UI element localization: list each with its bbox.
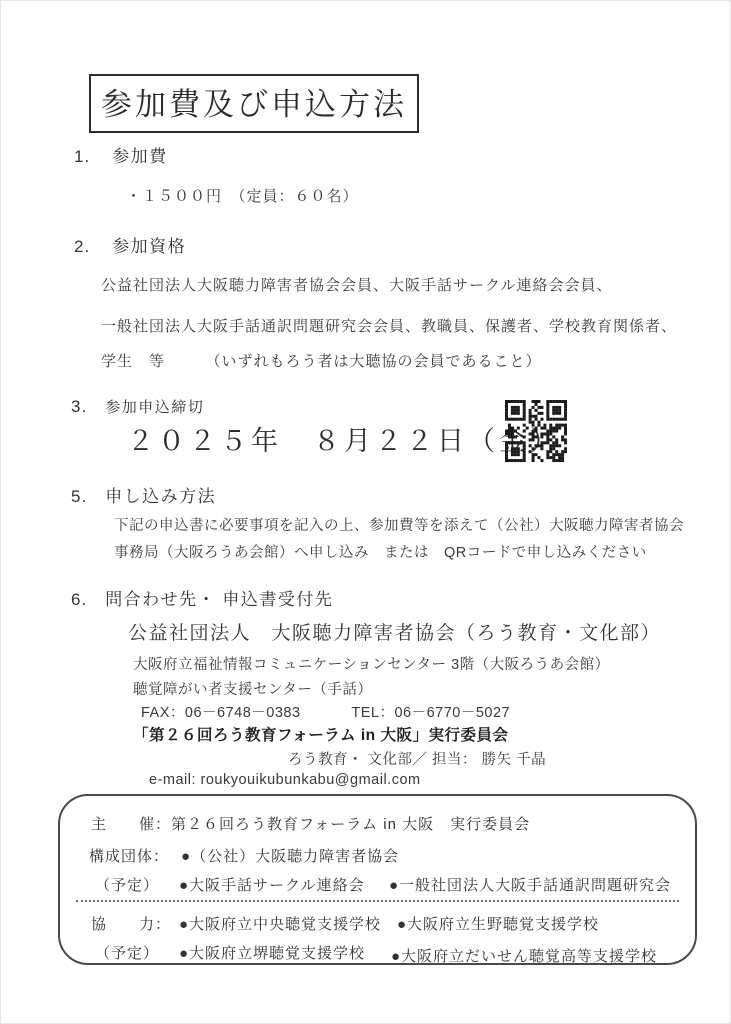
section-2-number: 2. [74,237,90,257]
fax-number: FAX：06－6748－0383 [141,705,301,721]
page-title-text: 参加費及び申込方法 [101,87,407,122]
section-6-number: 6. [71,590,87,610]
section-5-number: 5. [71,487,87,507]
contact-fax-tel: FAX：06－6748－0383 TEL：06－6770－5027 [141,701,510,722]
contact-organization: 公益社団法人 大阪聴力障害者協会（ろう教育・文化部） [128,618,661,645]
deadline-date: ２０２５年 ８月２２日（金） [127,419,561,458]
section-1-number: 1. [74,147,90,167]
eligibility-line-3: 学生 等 （いずれもろう者は大聴協の会員であること） [101,350,542,371]
cooperation-planned-item-1: ●大阪府立堺聴覚支援学校 [179,942,365,963]
member-orgs-planned-item-1: ●大阪手話サークル連絡会 [179,874,365,895]
sponsor-text: 第２６回ろう教育フォーラム in 大阪 実行委員会 [171,816,530,833]
section-6-title: 問合わせ先・ 申込書受付先 [105,585,333,610]
sponsor-label: 主 催： [91,816,171,833]
member-orgs-row: 構成団体：●（公社）大阪聴力障害者協会 [89,845,399,866]
dotted-divider [76,900,679,902]
section-3-heading: 3. 参加申込締切 [71,396,204,417]
member-orgs-planned-label: （予定） [95,874,159,895]
email-text: e-mail: roukyouikubunkabu@gmail.com [149,772,421,788]
section-5-heading: 5. 申し込み方法 [71,482,216,507]
flyer-page: 参加費及び申込方法 1. 参加費 ・１５００円 （定員：６０名） 2. 参加資格… [0,0,731,1024]
apply-method-line-2: 事務局（大阪ろうあ会館）へ申し込み または QRコードで申し込みください [114,541,647,562]
section-3-number: 3. [71,397,87,417]
cooperation-label: 協 力： [91,913,171,934]
section-2-heading: 2. 参加資格 [74,232,186,257]
forum-committee-line: 「第２６回ろう教育フォーラム in 大阪」実行委員会 [133,723,508,745]
section-1-heading: 1. 参加費 [74,142,168,167]
eligibility-line-1: 公益社団法人大阪聴力障害者協会会員、大阪手話サークル連絡会会員、 [101,274,613,295]
tel-number: TEL：06－6770－5027 [351,705,510,721]
section-1-title: 参加費 [112,142,168,167]
cooperation-item-1: ●大阪府立中央聴覚支援学校 [179,913,381,934]
fee-line: ・１５００円 （定員：６０名） [126,185,359,206]
page-title: 参加費及び申込方法 [89,74,419,133]
cooperation-planned-label: （予定） [95,942,159,963]
section-3-title: 参加申込締切 [105,396,204,417]
sponsor-row: 主 催：第２６回ろう教育フォーラム in 大阪 実行委員会 [91,813,530,834]
member-orgs-planned-item-2: ●一般社団法人大阪手話通訳問題研究会 [389,874,671,895]
cooperation-planned-item-2: ●大阪府立だいせん聴覚高等支援学校 [391,945,657,966]
member-orgs-text: ●（公社）大阪聴力障害者協会 [181,848,399,865]
cooperation-item-2: ●大阪府立生野聴覚支援学校 [397,913,599,934]
contact-address-1: 大阪府立福祉情報コミュニケーションセンター 3階（大阪ろうあ会館） [133,653,610,674]
qr-code [505,399,567,463]
member-orgs-label: 構成団体： [89,848,169,865]
section-5-title: 申し込み方法 [105,482,216,507]
contact-address-2: 聴覚障がい者支援センター（手話） [133,678,372,699]
contact-person-line: ろう教育・ 文化部／ 担当： 勝矢 千晶 [288,748,546,769]
apply-method-line-1: 下記の申込書に必要事項を記入の上、参加費等を添えて（公社）大阪聴力障害者協会 [114,514,684,535]
eligibility-line-2: 一般社団法人大阪手話通訳問題研究会会員、教職員、保護者、学校教育関係者、 [101,315,677,336]
section-2-title: 参加資格 [112,232,186,257]
section-6-heading: 6. 問合わせ先・ 申込書受付先 [71,585,333,610]
